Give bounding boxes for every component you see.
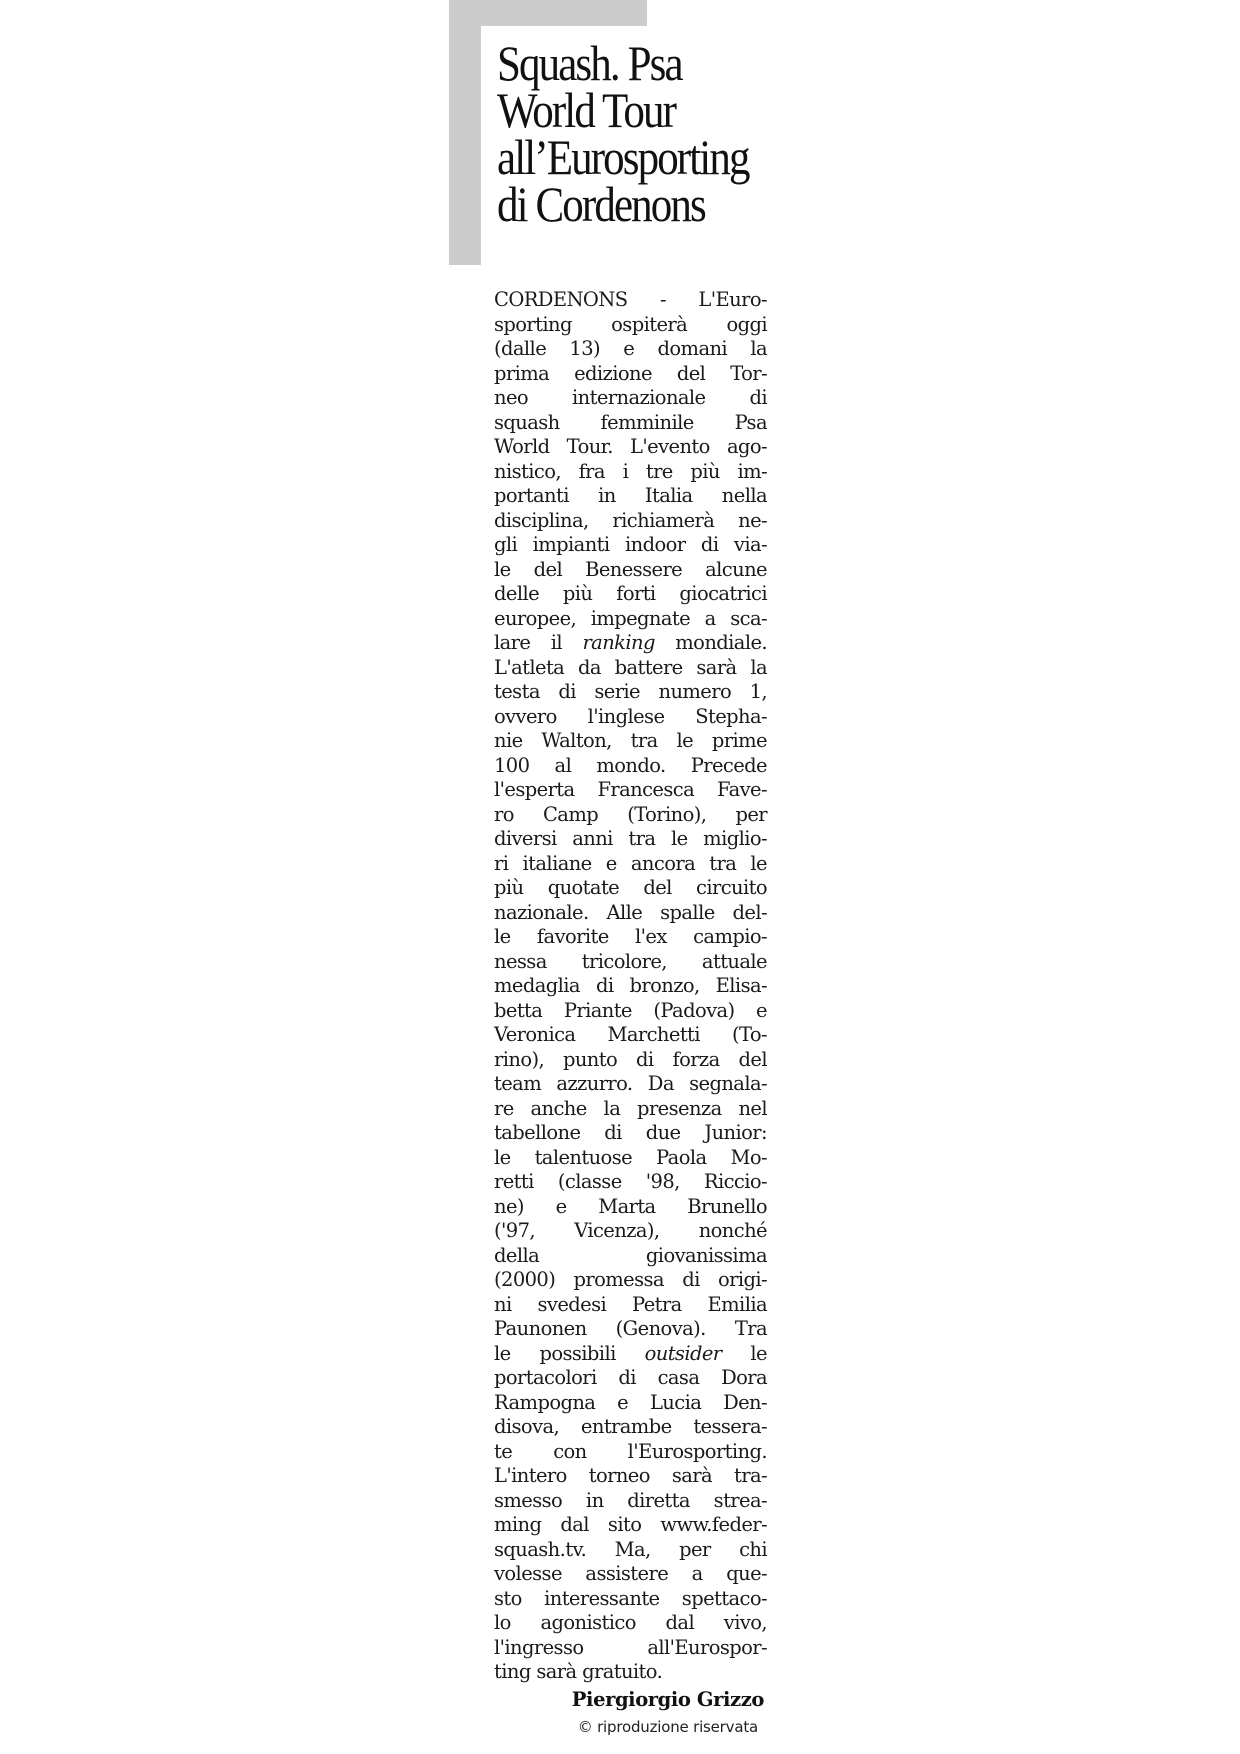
body-line: nie Walton, tra le prime — [494, 729, 767, 754]
body-line: delle più forti giocatrici — [494, 582, 767, 607]
body-line: rino), punto di forza del — [494, 1048, 767, 1073]
body-line: betta Priante (Padova) e — [494, 999, 767, 1024]
body-line: re anche la presenza nel — [494, 1097, 767, 1122]
italic-term: outsider — [645, 1342, 722, 1365]
body-line: Paunonen (Genova). Tra — [494, 1317, 767, 1342]
copyright-notice: © riproduzione riservata — [494, 1718, 758, 1736]
body-line: L'intero torneo sarà tra- — [494, 1464, 767, 1489]
article-body: CORDENONS - L'Euro-sporting ospiterà ogg… — [494, 288, 767, 1685]
body-line: disova, entrambe tessera- — [494, 1415, 767, 1440]
body-line: retti (classe '98, Riccio- — [494, 1170, 767, 1195]
body-line: nazionale. Alle spalle del- — [494, 901, 767, 926]
body-line: Rampogna e Lucia Den- — [494, 1391, 767, 1416]
body-line: ri italiane e ancora tra le — [494, 852, 767, 877]
decorative-bracket-side — [449, 0, 481, 265]
body-line: volesse assistere a que- — [494, 1562, 767, 1587]
article-headline: Squash. Psa World Tour all’Eurosporting … — [497, 40, 746, 228]
body-line: ovvero l'inglese Stepha- — [494, 705, 767, 730]
body-line: portacolori di casa Dora — [494, 1366, 767, 1391]
body-line: le possibili outsider le — [494, 1342, 767, 1367]
body-line: tabellone di due Junior: — [494, 1121, 767, 1146]
body-line: World Tour. L'evento ago- — [494, 435, 767, 460]
body-line: smesso in diretta strea- — [494, 1489, 767, 1514]
body-line: ro Camp (Torino), per — [494, 803, 767, 828]
body-line: ni svedesi Petra Emilia — [494, 1293, 767, 1318]
body-line: disciplina, richiamerà ne- — [494, 509, 767, 534]
body-line: ming dal sito www.feder- — [494, 1513, 767, 1538]
body-line: (2000) promessa di origi- — [494, 1268, 767, 1293]
body-line: l'ingresso all'Eurospor- — [494, 1636, 767, 1661]
body-line: nistico, fra i tre più im- — [494, 460, 767, 485]
body-line: ne) e Marta Brunello — [494, 1195, 767, 1220]
body-line: te con l'Eurosporting. — [494, 1440, 767, 1465]
body-line: nessa tricolore, attuale — [494, 950, 767, 975]
body-line: lo agonistico dal vivo, — [494, 1611, 767, 1636]
body-line: ('97, Vicenza), nonché — [494, 1219, 767, 1244]
body-line: 100 al mondo. Precede — [494, 754, 767, 779]
body-line: l'esperta Francesca Fave- — [494, 778, 767, 803]
body-line: squash femminile Psa — [494, 411, 767, 436]
body-line: sporting ospiterà oggi — [494, 313, 767, 338]
body-line: diversi anni tra le miglio- — [494, 827, 767, 852]
body-line: più quotate del circuito — [494, 876, 767, 901]
body-line: testa di serie numero 1, — [494, 680, 767, 705]
headline-line: Squash. Psa — [497, 40, 746, 87]
body-line: team azzurro. Da segnala- — [494, 1072, 767, 1097]
body-line: CORDENONS - L'Euro- — [494, 288, 767, 313]
body-line: portanti in Italia nella — [494, 484, 767, 509]
body-line: L'atleta da battere sarà la — [494, 656, 767, 681]
body-line: europee, impegnate a sca- — [494, 607, 767, 632]
body-line: le favorite l'ex campio- — [494, 925, 767, 950]
headline-line: World Tour — [497, 87, 746, 134]
body-line: gli impianti indoor di via- — [494, 533, 767, 558]
italic-term: ranking — [582, 631, 654, 654]
body-line: medaglia di bronzo, Elisa- — [494, 974, 767, 999]
body-line: lare il ranking mondiale. — [494, 631, 767, 656]
body-line: le talentuose Paola Mo- — [494, 1146, 767, 1171]
body-line: (dalle 13) e domani la — [494, 337, 767, 362]
headline-line: di Cordenons — [497, 181, 746, 228]
author-byline: Piergiorgio Grizzo — [494, 1688, 764, 1711]
body-line: Veronica Marchetti (To- — [494, 1023, 767, 1048]
body-line: squash.tv. Ma, per chi — [494, 1538, 767, 1563]
body-line: neo internazionale di — [494, 386, 767, 411]
body-line: sto interessante spettaco- — [494, 1587, 767, 1612]
body-line: ting sarà gratuito. — [494, 1660, 767, 1685]
body-line: le del Benessere alcune — [494, 558, 767, 583]
body-line: prima edizione del Tor- — [494, 362, 767, 387]
body-line: della giovanissima — [494, 1244, 767, 1269]
headline-line: all’Eurosporting — [497, 134, 746, 181]
